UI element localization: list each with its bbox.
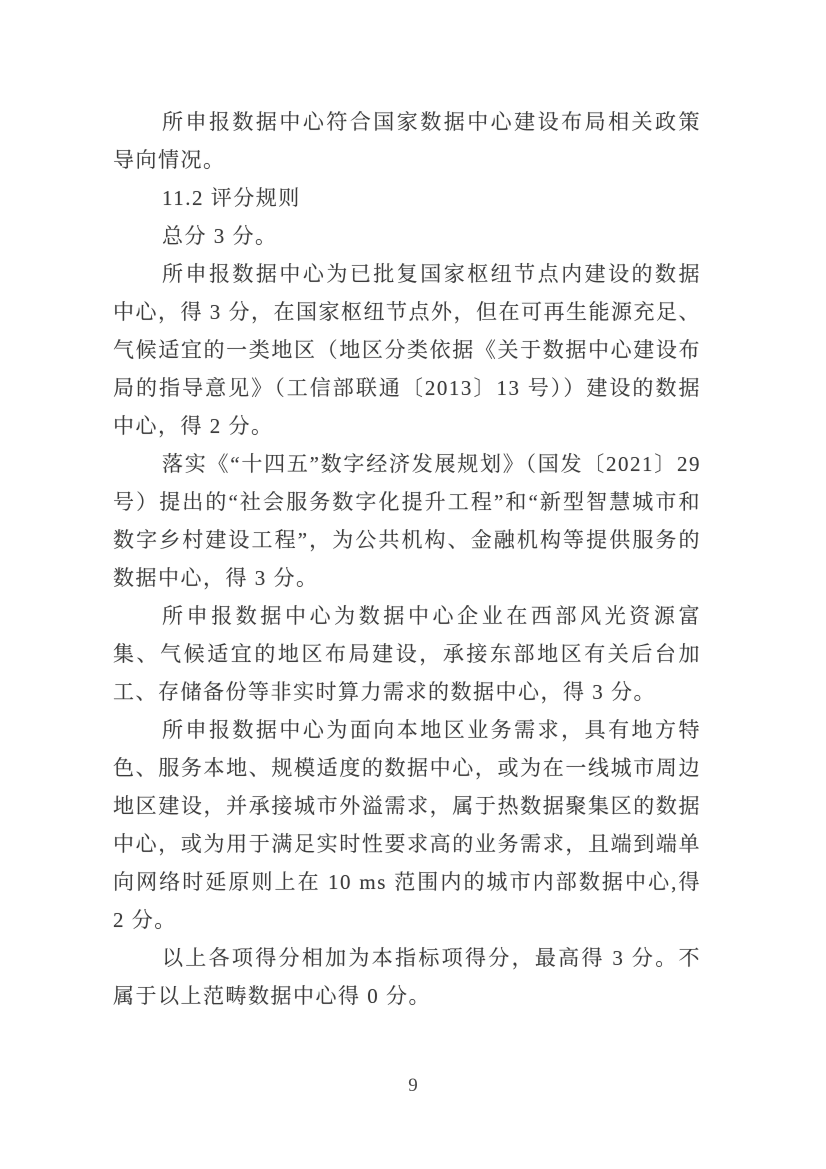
heading-scoring-rules-11-2: 11.2 评分规则 [113, 179, 701, 217]
paragraph-digital-economy-plan: 落实《“十四五”数字经济发展规划》（国发〔2021〕29 号）提出的“社会服务数… [113, 445, 701, 597]
document-page: 所申报数据中心符合国家数据中心建设布局相关政策导向情况。 11.2 评分规则 总… [0, 0, 826, 1169]
paragraph-total-score: 总分 3 分。 [113, 217, 701, 255]
paragraph-western-region-scoring: 所申报数据中心为数据中心企业在西部风光资源富集、气候适宜的地区布局建设，承接东部… [113, 597, 701, 711]
paragraph-local-business-scoring: 所申报数据中心为面向本地区业务需求，具有地方特色、服务本地、规模适度的数据中心，… [113, 711, 701, 939]
text-block: 所申报数据中心符合国家数据中心建设布局相关政策导向情况。 11.2 评分规则 总… [113, 103, 701, 1015]
paragraph-policy-orientation: 所申报数据中心符合国家数据中心建设布局相关政策导向情况。 [113, 103, 701, 179]
page-number: 9 [0, 1074, 826, 1098]
paragraph-hub-node-scoring: 所申报数据中心为已批复国家枢纽节点内建设的数据中心，得 3 分，在国家枢纽节点外… [113, 255, 701, 445]
paragraph-score-summation: 以上各项得分相加为本指标项得分，最高得 3 分。不属于以上范畴数据中心得 0 分… [113, 939, 701, 1015]
